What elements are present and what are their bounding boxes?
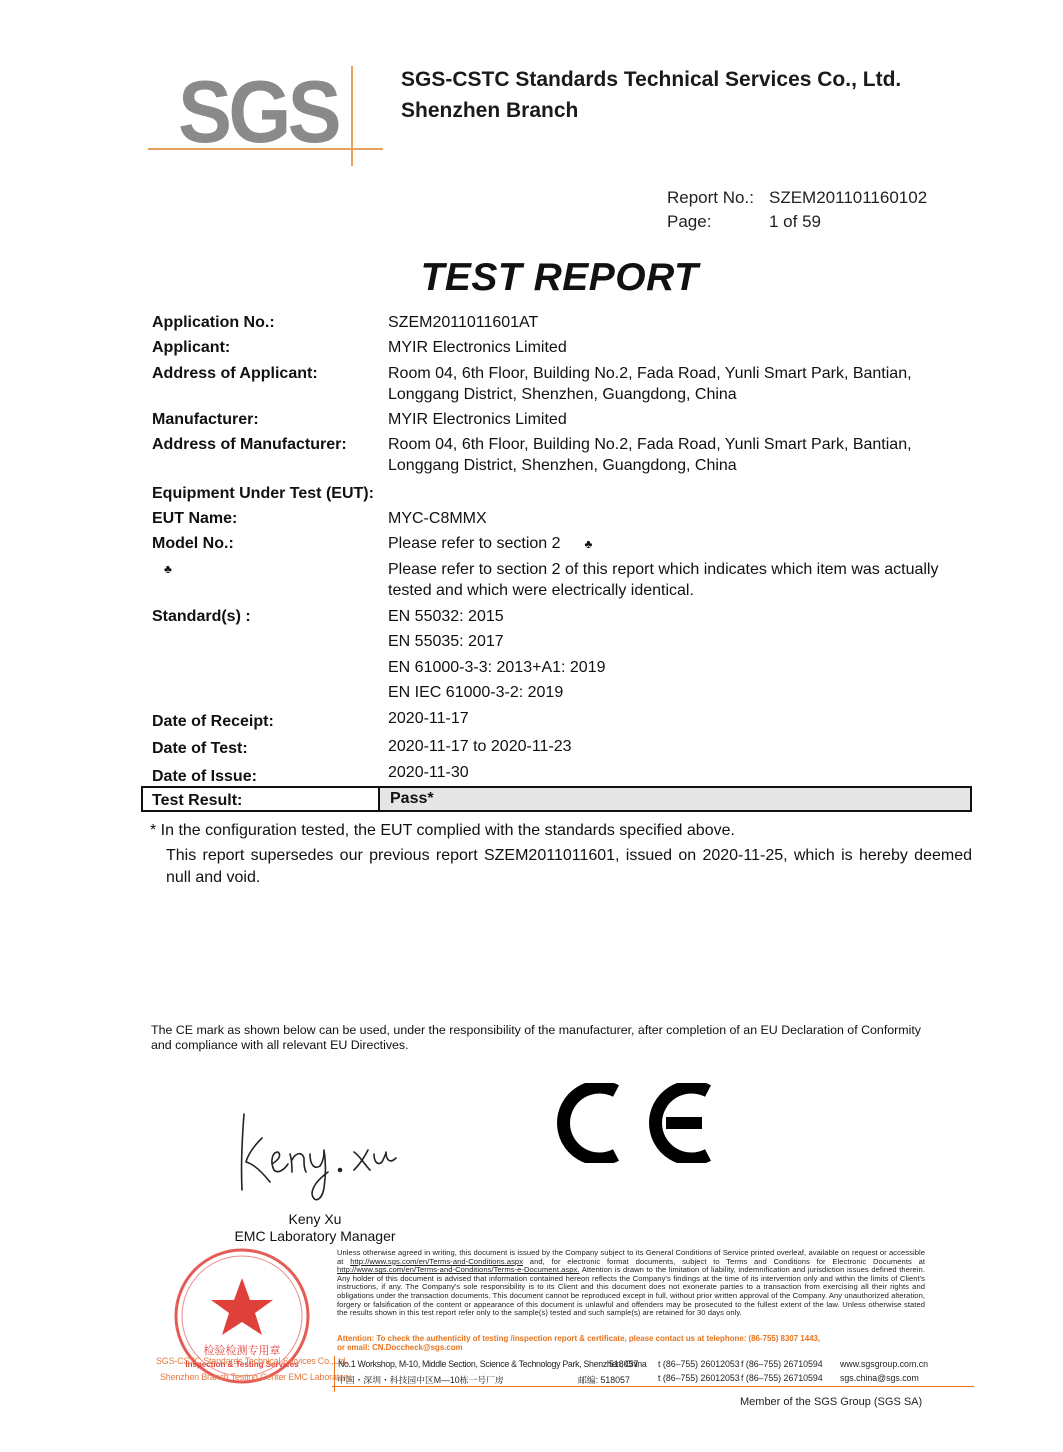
model-no-text: Please refer to section 2 (388, 535, 561, 552)
stamp-text-line2: Shenzhen Branch Testing Center EMC Labor… (160, 1372, 353, 1382)
field-value: SZEM2011011601AT (388, 312, 978, 333)
page-label: Page: (667, 210, 769, 234)
company-line-2: Shenzhen Branch (401, 95, 901, 126)
page-title-text: TEST REPORT (421, 256, 699, 299)
disclaimer-text: Attention is drawn to the limitation of … (337, 1265, 925, 1317)
field-label: Date of Receipt: (152, 711, 274, 732)
test-result-label: Test Result: (143, 788, 380, 810)
ce-mark-icon (548, 1083, 718, 1163)
report-no-value: SZEM201101160102 (769, 188, 927, 207)
sgs-logo-text: SGS (178, 62, 338, 162)
legal-disclaimer: Unless otherwise agreed in writing, this… (337, 1249, 925, 1318)
compliance-note: * In the configuration tested, the EUT c… (150, 820, 735, 842)
signature-image (232, 1100, 412, 1210)
footer-divider-horizontal (332, 1386, 974, 1387)
report-no-row: Report No.:SZEM201101160102 (667, 186, 927, 210)
telephone: t (86–755) 26012053 (658, 1373, 740, 1383)
field-value: MYC-C8MMX (388, 508, 978, 529)
field-value: Please refer to section 2 of this report… (388, 559, 978, 601)
field-value: 2020-11-30 (388, 762, 978, 783)
field-label: Applicant: (152, 337, 230, 358)
test-result-value: Pass* (380, 788, 970, 810)
address-cn: 中国・深圳・科技园中区M—10栋一号厂房 (337, 1373, 504, 1386)
report-meta: Report No.:SZEM201101160102 Page:1 of 59 (667, 186, 927, 234)
field-value: MYIR Electronics Limited (388, 337, 978, 358)
authenticity-notice: Attention: To check the authenticity of … (337, 1335, 937, 1352)
stamp-text-line1: SGS-CSTC Standards Technical Services Co… (156, 1356, 348, 1366)
field-label: Manufacturer: (152, 409, 259, 430)
email-link[interactable]: sgs.china@sgs.com (840, 1373, 919, 1383)
postcode-en: 518057 (609, 1359, 638, 1369)
field-value: 2020-11-17 to 2020-11-23 (388, 736, 978, 757)
standard-item: EN 55035: 2017 (388, 629, 978, 654)
field-value: Please refer to section 2♣ (388, 533, 978, 555)
field-label: Model No.: (152, 533, 234, 554)
sgs-logo: SGS (148, 66, 383, 166)
field-label: EUT Name: (152, 508, 237, 529)
website-link[interactable]: www.sgsgroup.com.cn (840, 1359, 928, 1369)
attention-line-2[interactable]: or email: CN.Doccheck@sgs.com (337, 1344, 937, 1353)
field-value: Room 04, 6th Floor, Building No.2, Fada … (388, 434, 978, 476)
fax: f (86–755) 26710594 (741, 1359, 823, 1369)
test-result-box: Test Result: Pass* (141, 786, 972, 812)
supersede-note: This report supersedes our previous repo… (166, 845, 972, 889)
member-statement: Member of the SGS Group (SGS SA) (740, 1396, 922, 1408)
eut-heading-label: Equipment Under Test (EUT): (152, 483, 374, 504)
logo-rule-vertical (351, 66, 353, 166)
fax: f (86–755) 26710594 (741, 1373, 823, 1383)
standards-list: EN 55032: 2015 EN 55035: 2017 EN 61000-3… (388, 604, 978, 705)
field-label: Standard(s) : (152, 606, 251, 627)
standard-item: EN IEC 61000-3-2: 2019 (388, 680, 978, 705)
postcode-cn: 邮编: 518057 (578, 1373, 630, 1386)
field-label: Application No.: (152, 312, 275, 333)
page-value: 1 of 59 (769, 212, 821, 231)
field-value: MYIR Electronics Limited (388, 409, 978, 430)
signer-name: Keny Xu (205, 1211, 425, 1228)
address-en: No.1 Workshop, M-10, Middle Section, Sci… (338, 1359, 646, 1369)
field-label: Address of Manufacturer: (152, 434, 347, 455)
company-line-1: SGS-CSTC Standards Technical Services Co… (401, 64, 901, 95)
company-name: SGS-CSTC Standards Technical Services Co… (401, 64, 901, 126)
club-mark-icon: ♣ (585, 537, 593, 551)
field-label: Address of Applicant: (152, 363, 318, 384)
page-title: TEST REPORT (0, 256, 1063, 300)
field-value: Room 04, 6th Floor, Building No.2, Fada … (388, 363, 978, 405)
telephone: t (86–755) 26012053 (658, 1359, 740, 1369)
ce-statement: The CE mark as shown below can be used, … (151, 1023, 941, 1053)
club-mark-icon: ♣ (164, 559, 172, 580)
signer-title: EMC Laboratory Manager (205, 1228, 425, 1245)
field-label: Date of Issue: (152, 766, 257, 787)
page-row: Page:1 of 59 (667, 210, 927, 234)
standard-item: EN 61000-3-3: 2013+A1: 2019 (388, 655, 978, 680)
svg-text:检验检测专用章: 检验检测专用章 (204, 1343, 281, 1357)
field-value: 2020-11-17 (388, 708, 978, 729)
logo-rule-horizontal (148, 148, 383, 150)
standard-item: EN 55032: 2015 (388, 604, 978, 629)
report-no-label: Report No.: (667, 186, 769, 210)
field-label: Date of Test: (152, 738, 248, 759)
